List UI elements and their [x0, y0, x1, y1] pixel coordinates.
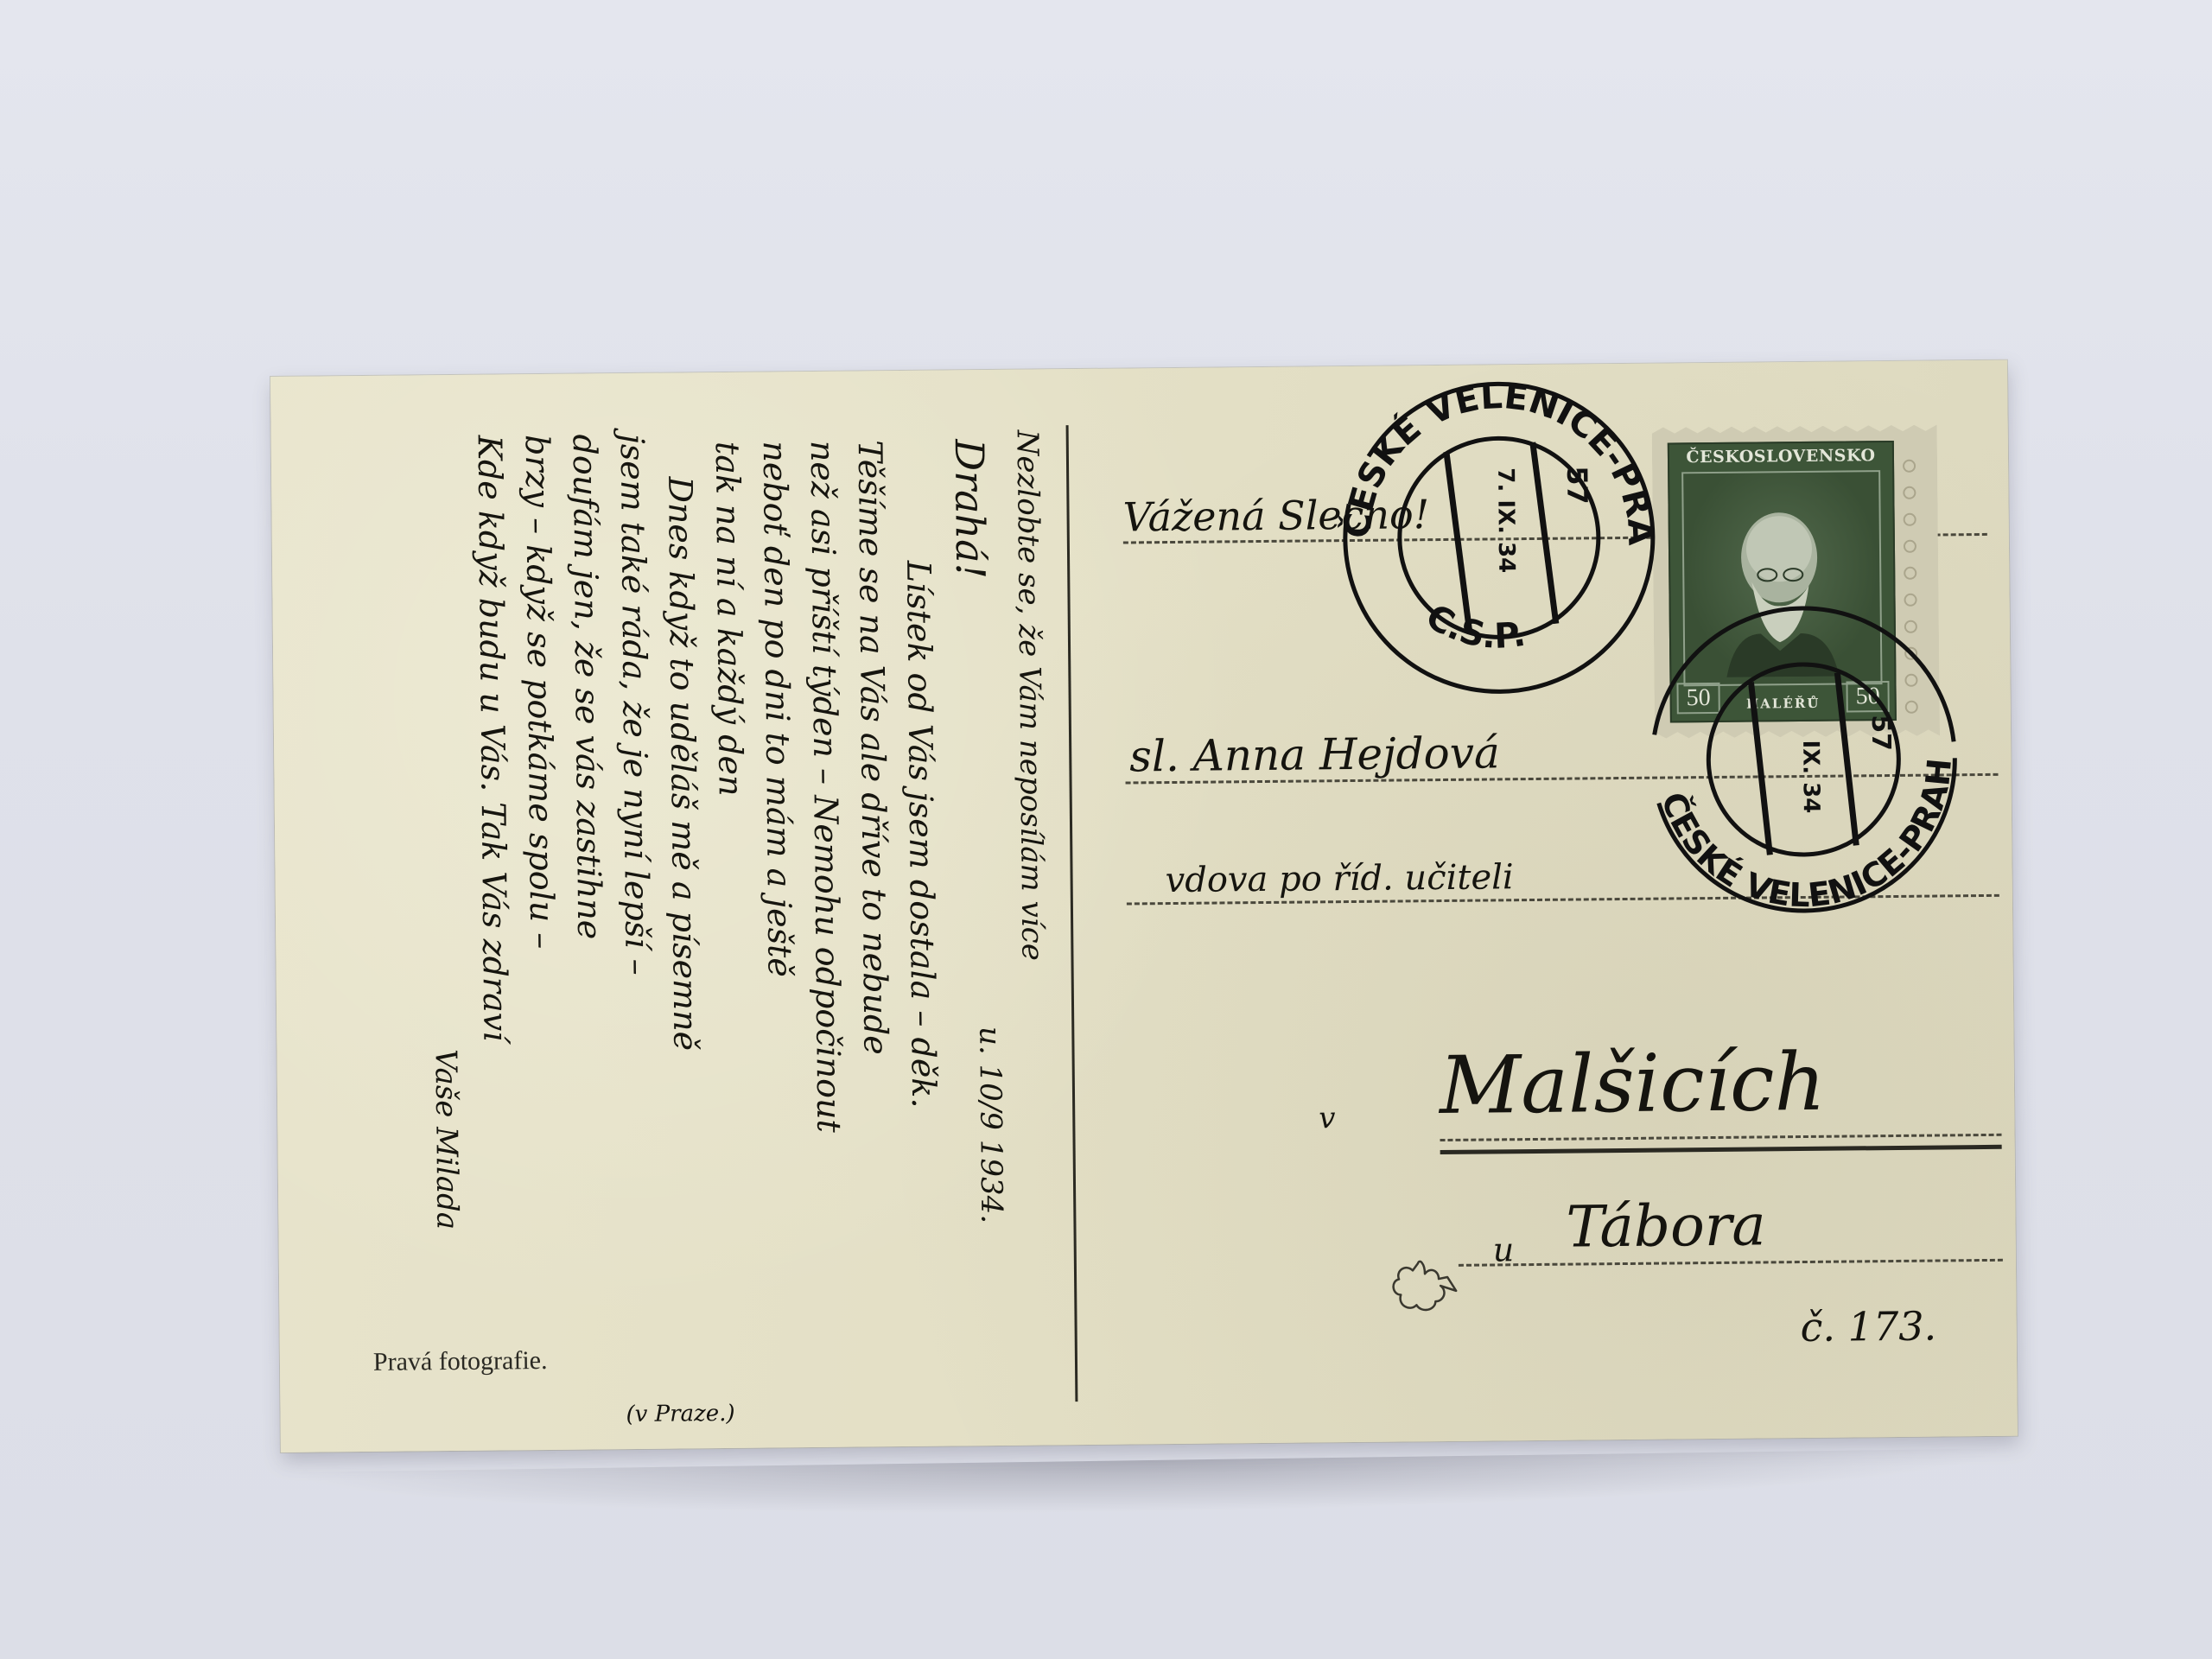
stamp-country: ČESKOSLOVENSKO — [1669, 446, 1892, 467]
letter-greeting: Drahá! — [946, 439, 995, 579]
letter-line: Lístek od Vás jsem dostala – děk. — [899, 561, 943, 1109]
postmark-code: C.S.P. — [1419, 595, 1529, 657]
letter-line: Těšíme se na Vás ale dříve to nebude — [851, 440, 895, 1055]
letter-line: doufám jen, že se vás zastihne — [566, 434, 609, 939]
center-divider — [1066, 425, 1078, 1402]
postmark-train: 57 — [1560, 466, 1593, 505]
address-underline-solid — [1440, 1145, 2002, 1154]
svg-text:ČESKÉ VELENICE-PRAHA: ČESKÉ VELENICE-PRAHA — [1307, 346, 1661, 549]
letter-line: Nezlobte se, že Vám neposílám více — [1010, 429, 1050, 961]
letter-signature: Vaše Milada — [428, 1049, 464, 1230]
postmark-2-date: IX. 34 — [1797, 740, 1824, 813]
address-recipient: sl. Anna Hejdová — [1129, 728, 1500, 781]
address-line-4 — [1440, 1134, 2002, 1141]
card-shadow — [285, 1448, 2014, 1524]
letter-line: Kde když budu u Vás. Tak Vás zdraví — [471, 435, 515, 1041]
postcard: Nezlobte se, že Vám neposílám více u. 10… — [270, 360, 2018, 1452]
svg-text:ČESKÉ VELENICE-PRAHA: ČESKÉ VELENICE-PRAHA — [1620, 576, 1960, 917]
signature-note: (v Praze.) — [626, 1401, 734, 1427]
printed-label: Pravá fotografie. — [373, 1346, 548, 1377]
postmark-stamp-2-icon: ČESKÉ VELENICE-PRAHA IX. 34 57 — [1620, 576, 1986, 943]
letter-line: než asi příští týden – Nemohu odpočinout — [804, 441, 849, 1133]
letter-date: u. 10/9 1934. — [972, 1027, 1008, 1224]
address-section: Vážená Slečno! sl. Anna Hejdová vdova po… — [270, 360, 2007, 377]
letter-line: brzy – když se potkáme spolu – — [518, 435, 562, 950]
address-town: Malšicích — [1439, 1036, 1826, 1132]
postmark-2-train: 57 — [1866, 715, 1896, 751]
postmark-outer-text: ČESKÉ VELENICE-PRAHA — [1307, 346, 1661, 549]
letter-section: Nezlobte se, že Vám neposílám více u. 10… — [270, 360, 2007, 377]
letter-line: neboť den po dni to mám a ještě — [756, 441, 799, 977]
letter-line: jsem také ráda, že je nyní lepší – — [613, 434, 657, 976]
flower-doodle-icon — [1387, 1251, 1465, 1330]
address-line2-text: vdova po říd. učiteli — [1165, 857, 1514, 900]
postmark-2-outer-text: ČESKÉ VELENICE-PRAHA — [1620, 576, 1960, 917]
letter-line: tak na ní a každý den — [709, 442, 750, 797]
address-region: Tábora — [1566, 1192, 1766, 1260]
address-prefix: v — [1319, 1101, 1336, 1135]
address-house-number: č. 173. — [1800, 1303, 1936, 1351]
svg-text:C.S.P.: C.S.P. — [1419, 595, 1529, 657]
postmark-date: 7. IX. 34 — [1492, 467, 1519, 573]
letter-line: Dnes když to uděláš mě a písemně — [661, 476, 704, 1051]
address-line-5 — [1459, 1259, 2003, 1267]
